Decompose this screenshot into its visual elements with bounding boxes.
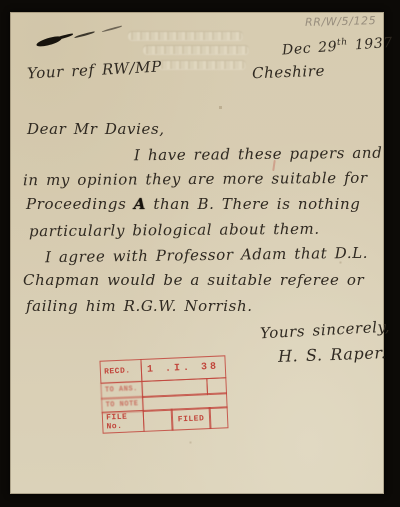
- stamp-file-no-label: FILE No.: [102, 410, 145, 434]
- body-line-3-post: than B. There is nothing: [153, 195, 360, 213]
- stamp-to-note-label: TO NOTE: [101, 396, 144, 414]
- place-line: Cheshire: [252, 62, 326, 83]
- letter-paper: RR/W/5/125 Dec 29th 1937 Your ref RW/MP …: [10, 12, 384, 494]
- archive-reference-pencil: RR/W/5/125: [305, 14, 377, 29]
- ink-blot: [36, 35, 63, 48]
- signature: H. S. Raper.: [278, 343, 387, 366]
- body-line-1: I have read these papers and: [134, 144, 383, 165]
- received-rubber-stamp: RECD. 1 .I. 38 TO ANS. TO NOTE FILE No. …: [100, 356, 227, 433]
- body-line-7: failing him R.G.W. Norrish.: [26, 297, 253, 315]
- letter-date: Dec 29th 1937: [282, 34, 394, 58]
- closing-line: Yours sincerely,: [260, 318, 391, 343]
- date-day: Dec 29: [282, 39, 338, 59]
- stamp-filed-end-cell: [209, 407, 228, 430]
- stamp-filed-label: FILED: [171, 407, 212, 431]
- body-line-4: particularly biological about them.: [29, 220, 320, 241]
- date-year: 1937: [354, 35, 393, 54]
- embossed-letterhead-line-1: [128, 32, 243, 40]
- date-superscript: th: [337, 37, 348, 48]
- body-line-6: Chapman would be a suitable referee or: [23, 271, 364, 289]
- embossed-letterhead-line-2: [143, 46, 249, 54]
- body-line-2: in my opinion they are more suitable for: [23, 169, 368, 189]
- body-line-3-pre: Proceedings: [26, 195, 126, 213]
- proceedings-a-emphasis: A: [134, 195, 146, 213]
- body-line-3: Proceedings A than B. There is nothing: [26, 195, 361, 213]
- body-line-5: I agree with Professor Adam that D.L.: [45, 244, 368, 267]
- embossed-letterhead-line-3: [158, 61, 246, 69]
- your-ref-line: Your ref RW/MP: [27, 57, 163, 82]
- paper-specks: [10, 12, 11, 13]
- salutation: Dear Mr Davies,: [27, 120, 165, 138]
- stamp-file-no-value-cell: [142, 409, 173, 432]
